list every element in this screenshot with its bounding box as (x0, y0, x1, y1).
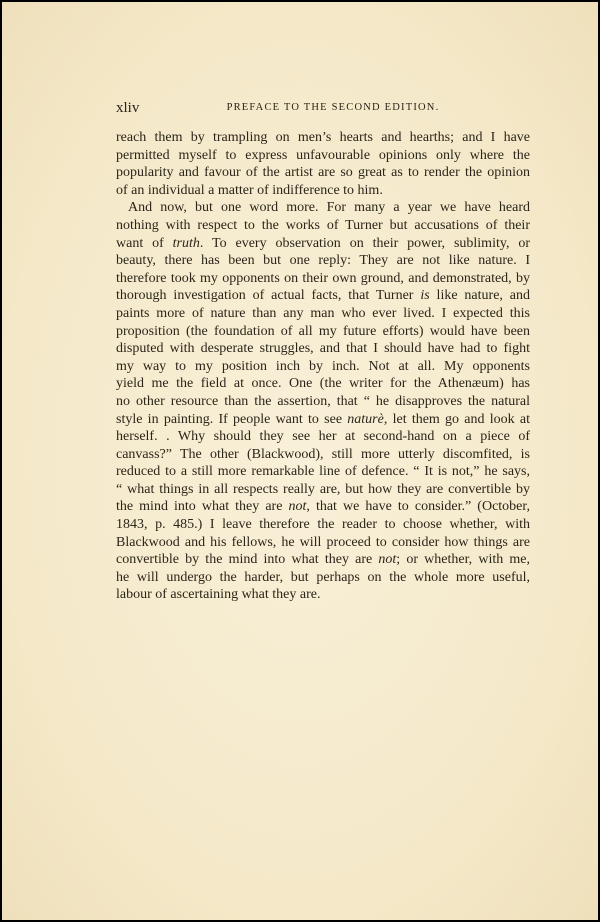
text-line: style in painting. If people want to see… (116, 411, 530, 429)
text-line: nothing with respect to the works of Tur… (116, 217, 530, 235)
page-header: xliv PREFACE TO THE SECOND EDITION. (116, 100, 530, 120)
paragraph: And now, but one word more. For many a y… (116, 199, 530, 604)
text-line: no other resource than the assertion, th… (116, 393, 530, 411)
text-line: permitted myself to express unfavourable… (116, 147, 530, 165)
text-line: And now, but one word more. For many a y… (116, 199, 530, 217)
text-line: disputed with desperate struggles, and t… (116, 340, 530, 358)
text-line: herself. . Why should they see her at se… (116, 428, 530, 446)
paragraph: reach them by trampling on men’s hearts … (116, 129, 530, 199)
text-line: reach them by trampling on men’s hearts … (116, 129, 530, 147)
running-title: PREFACE TO THE SECOND EDITION. (116, 102, 530, 113)
text-line: of an individual a matter of indifferenc… (116, 182, 530, 200)
text-line: thorough investigation of actual facts, … (116, 287, 530, 305)
text-line: “ what things in all respects really are… (116, 481, 530, 499)
text-line: labour of ascertaining what they are. (116, 586, 530, 604)
text-line: reduced to a still more remarkable line … (116, 463, 530, 481)
text-line: beauty, there has been but one reply: Th… (116, 252, 530, 270)
text-line: Blackwood and his fellows, he will proce… (116, 534, 530, 552)
text-line: want of truth. To every observation on t… (116, 235, 530, 253)
body-text: reach them by trampling on men’s hearts … (116, 129, 530, 604)
text-line: 1843, p. 485.) I leave therefore the rea… (116, 516, 530, 534)
text-line: the mind into what they are not, that we… (116, 498, 530, 516)
book-page: xliv PREFACE TO THE SECOND EDITION. reac… (2, 2, 598, 920)
text-line: convertible by the mind into what they a… (116, 551, 530, 569)
text-line: popularity and favour of the artist are … (116, 164, 530, 182)
text-line: yield me the field at once. One (the wri… (116, 375, 530, 393)
text-line: proposition (the foundation of all my fu… (116, 323, 530, 341)
text-line: he will undergo the harder, but perhaps … (116, 569, 530, 587)
text-line: canvass?” The other (Blackwood), still m… (116, 446, 530, 464)
text-line: therefore took my opponents on their own… (116, 270, 530, 288)
text-line: my way to my position inch by inch. Not … (116, 358, 530, 376)
text-line: paints more of nature than any man who e… (116, 305, 530, 323)
